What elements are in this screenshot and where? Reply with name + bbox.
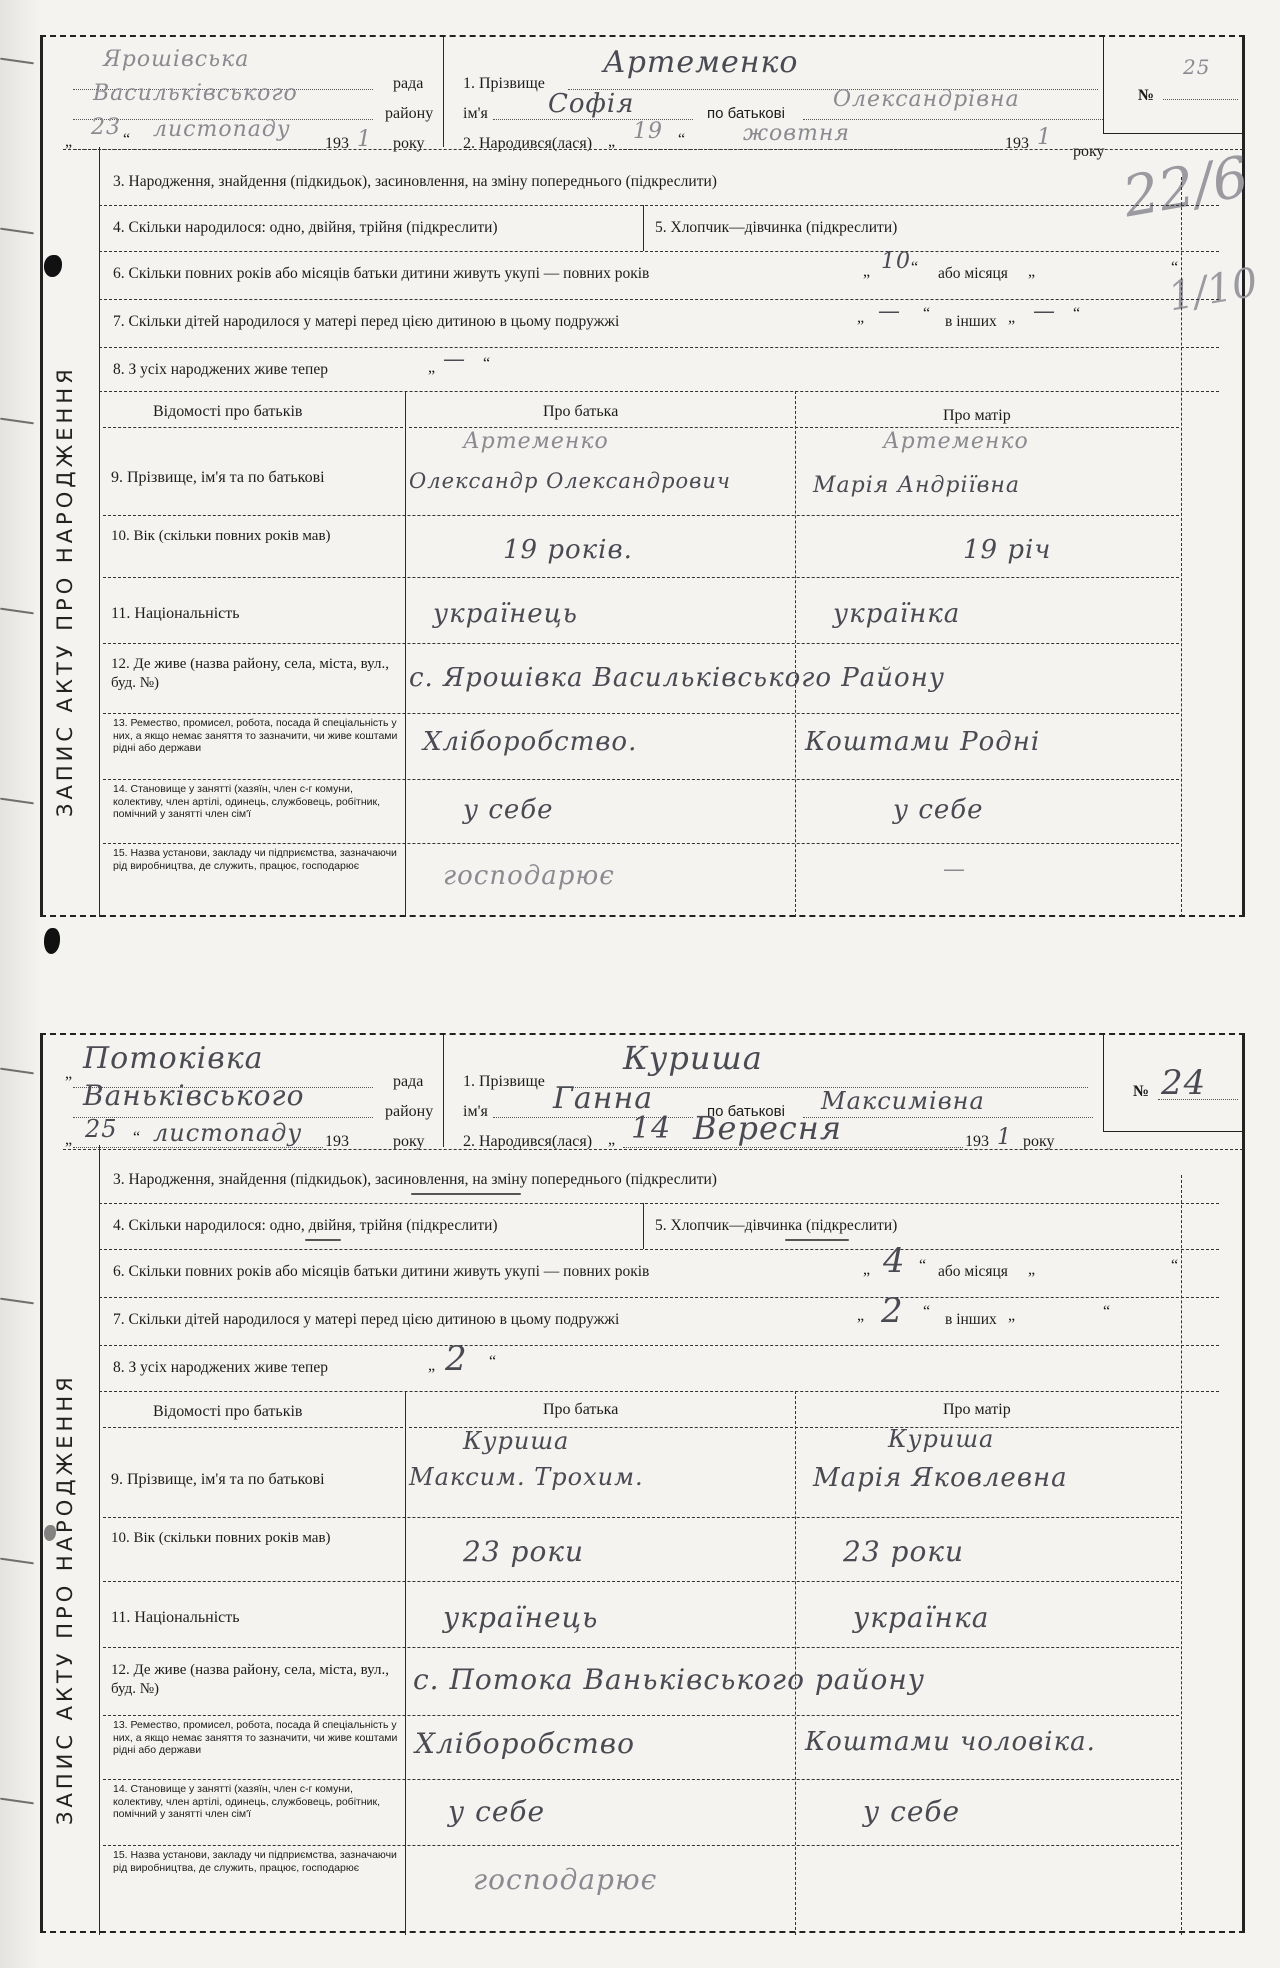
surname-value: Куриша	[623, 1039, 763, 1077]
field-13-label: 13. Ремество, промисел, робота, посада й…	[113, 717, 403, 755]
father-nationality: українець	[443, 1601, 598, 1634]
field-12-label: 12. Де живе (назва району, села, міста, …	[111, 655, 401, 693]
number-label: №	[1133, 1083, 1149, 1101]
birth-year-prefix: 193	[1005, 135, 1029, 153]
mother-occupation: Коштами Родні	[805, 727, 1040, 757]
field-10-label: 10. Вік (скільки повних років мав)	[111, 527, 401, 546]
mother-status: у себе	[893, 795, 984, 825]
parents-header: Відомості про батьків	[153, 1403, 302, 1421]
number-value: 25	[1183, 55, 1210, 79]
father-header: Про батька	[543, 1401, 618, 1419]
father-residence: с. Потока Ваньківського району	[413, 1663, 925, 1696]
underline-single	[305, 1239, 341, 1241]
rada-label: рада	[393, 1073, 423, 1091]
side-title: ЗАПИС АКТУ ПРО НАРОДЖЕННЯ	[53, 365, 77, 817]
field-15-label: 15. Назва установи, закладу чи підприємс…	[113, 1849, 403, 1874]
mother-workplace: —	[943, 857, 966, 882]
father-name: Максим. Трохим.	[409, 1463, 644, 1491]
mother-nationality: українка	[853, 1601, 989, 1634]
mother-nationality: українка	[833, 599, 960, 629]
side-divider	[99, 147, 100, 917]
field-11-label: 11. Національність	[111, 1609, 240, 1627]
number-label: №	[1138, 87, 1154, 105]
children-marriage-value: 2	[881, 1291, 904, 1331]
field-14-label: 14. Становище у занятті (хазяїн, член с-…	[113, 1783, 403, 1821]
field-7-label: 7. Скільки дітей народилося у матері пер…	[113, 313, 619, 331]
page-binding-edge	[0, 0, 40, 1968]
living-now-value: —	[443, 347, 466, 372]
father-occupation: Хліборобство	[415, 1727, 635, 1760]
field-10-label: 10. Вік (скільки повних років мав)	[111, 1529, 401, 1548]
rada-value: Потоківка	[83, 1041, 264, 1076]
father-nationality: українець	[433, 599, 578, 629]
rayon-value: Ваньківського	[83, 1079, 304, 1112]
rada-label: рада	[393, 75, 423, 93]
rayon-label: району	[385, 105, 433, 123]
birth-month-value: Вересня	[693, 1109, 842, 1147]
father-workplace: господарює	[443, 861, 615, 891]
father-occupation: Хліборобство.	[423, 727, 637, 757]
field-7-other-label: в інших	[945, 1311, 997, 1329]
reg-month-value: листопаду	[153, 1119, 302, 1147]
surname-label: 1. Прізвище	[463, 75, 545, 93]
living-now-value: 2	[445, 1339, 468, 1379]
birth-record-2: ЗАПИС АКТУ ПРО НАРОДЖЕННЯ „ Потоківка ра…	[40, 1033, 1245, 1933]
mother-surname: Артеменко	[883, 429, 1029, 454]
record-number-box	[1103, 37, 1244, 134]
years-together-value: 10	[881, 249, 911, 274]
father-status: у себе	[448, 1795, 545, 1828]
born-label: 2. Народився(лася)	[463, 135, 592, 153]
father-header: Про батька	[543, 403, 618, 421]
father-surname: Куриша	[463, 1427, 569, 1455]
reg-day-value: 23	[91, 115, 121, 140]
field-7-other-label: в інших	[945, 313, 997, 331]
children-other-value: —	[1033, 299, 1056, 324]
field-8-label: 8. З усіх народжених живе тепер	[113, 1359, 328, 1377]
father-surname: Артеменко	[463, 429, 609, 454]
field-5-label: 5. Хлопчик—дівчинка (підкреслити)	[655, 219, 897, 237]
mother-age: 19 річ	[963, 535, 1051, 565]
margin-annotation-2: 1/10	[1165, 260, 1261, 321]
patronymic-value: Максимівна	[821, 1087, 985, 1115]
parents-header: Відомості про батьків	[153, 403, 302, 421]
father-residence: с. Ярошівка Васильківського Району	[409, 663, 945, 693]
mother-age: 23 роки	[843, 1535, 964, 1568]
birth-month-value: жовтня	[743, 121, 850, 146]
field-14-label: 14. Становище у занятті (хазяїн, член с-…	[113, 783, 403, 821]
field-7-label: 7. Скільки дітей народилося у матері пер…	[113, 1311, 619, 1329]
reg-year-prefix: 193	[325, 135, 349, 153]
father-name: Олександр Олександрович	[409, 469, 731, 493]
mother-header: Про матір	[943, 407, 1011, 425]
header-divider	[443, 37, 444, 147]
years-together-value: 4	[883, 1241, 906, 1281]
rayon-label: району	[385, 1103, 433, 1121]
surname-label: 1. Прізвище	[463, 1073, 545, 1091]
field-6-label: 6. Скільки повних років або місяців бать…	[113, 265, 649, 283]
field-3-label: 3. Народження, знайдення (підкидьок), за…	[113, 1171, 717, 1189]
underline-adoption	[411, 1193, 521, 1195]
rayon-value: Васильківського	[93, 81, 298, 106]
birth-year-suffix: 1	[1037, 125, 1052, 150]
field-4-label: 4. Скільки народилося: одно, двійня, трі…	[113, 219, 498, 237]
mother-name: Марія Яковлевна	[813, 1463, 1068, 1493]
mother-status: у себе	[863, 1795, 960, 1828]
patronymic-label: по батькові	[707, 105, 785, 122]
number-value: 24	[1161, 1063, 1206, 1103]
reg-month-value: листопаду	[153, 117, 291, 142]
side-title: ЗАПИС АКТУ ПРО НАРОДЖЕННЯ	[53, 1373, 77, 1825]
field-5-label: 5. Хлопчик—дівчинка (підкреслити)	[655, 1217, 897, 1235]
field-13-label: 13. Ремество, промисел, робота, посада й…	[113, 1719, 403, 1757]
birth-year-suffix: 1	[997, 1125, 1012, 1150]
reg-day-value: 25	[85, 1115, 118, 1143]
mother-occupation: Коштами чоловіка.	[805, 1727, 1096, 1757]
side-divider	[99, 1145, 100, 1935]
field-12-label: 12. Де живе (назва району, села, міста, …	[111, 1661, 401, 1699]
patronymic-value: Олександрівна	[833, 87, 1020, 112]
margin-annotation: 22/6	[1118, 145, 1253, 231]
father-age: 23 роки	[463, 1535, 584, 1568]
mother-surname: Куриша	[888, 1425, 994, 1453]
name-value: Софія	[548, 89, 634, 119]
field-15-label: 15. Назва установи, закладу чи підприємс…	[113, 847, 403, 872]
field-9-label: 9. Прізвище, ім'я та по батькові	[111, 1471, 325, 1489]
birth-day-value: 14	[631, 1111, 671, 1146]
field-9-label: 9. Прізвище, ім'я та по батькові	[111, 469, 325, 487]
surname-value: Артеменко	[603, 45, 799, 80]
name-label: ім'я	[463, 105, 488, 123]
header-divider	[443, 1035, 444, 1147]
mother-header: Про матір	[943, 1401, 1011, 1419]
field-8-label: 8. З усіх народжених живе тепер	[113, 361, 328, 379]
underline-girl	[785, 1239, 849, 1241]
field-3-label: 3. Народження, знайдення (підкидьок), за…	[113, 173, 717, 191]
birth-day-value: 19	[633, 119, 663, 144]
field-4-label: 4. Скільки народилося: одно, двійня, трі…	[113, 1217, 498, 1235]
father-status: у себе	[463, 795, 554, 825]
field-11-label: 11. Національність	[111, 605, 240, 623]
name-label: ім'я	[463, 1103, 488, 1121]
roku-label: року	[393, 135, 425, 153]
roku-label: року	[1073, 143, 1105, 161]
mother-name: Марія Андріївна	[813, 473, 1020, 498]
ink-blot	[44, 928, 60, 954]
field-6-months-label: або місяця	[938, 265, 1008, 283]
field-6-months-label: або місяця	[938, 1263, 1008, 1281]
field-6-label: 6. Скільки повних років або місяців бать…	[113, 1263, 649, 1281]
children-marriage-value: —	[878, 299, 901, 324]
father-age: 19 років.	[503, 535, 633, 565]
father-workplace: господарює	[473, 1863, 657, 1896]
birth-record-1: ЗАПИС АКТУ ПРО НАРОДЖЕННЯ Ярошівська рад…	[40, 35, 1245, 917]
rada-value: Ярошівська	[103, 47, 249, 72]
